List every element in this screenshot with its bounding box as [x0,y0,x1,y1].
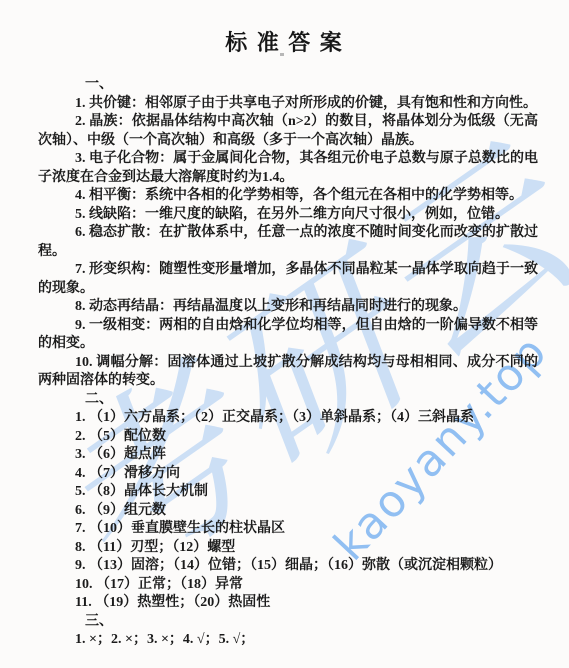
answer-item: 3. 电子化合物：属于金属间化合物，其各组元价电子总数与原子总数比的电子浓度在合… [38,150,538,187]
page-content: 标 准 答 案 一、1. 共价键：相邻原子由于共享电子对所形成的价键，具有饱和性… [0,26,569,650]
answer-item: 5. 线缺陷：一维尺度的缺陷，在另外二维方向尺寸很小，例如，位错。 [38,206,538,225]
page-title: 标 准 答 案 [0,26,569,57]
answer-item: 8. （11）刃型；（12）螺型 [38,539,538,558]
answer-item: 3. （6）超点阵 [38,446,538,465]
answer-item: 6. （9）组元数 [38,502,538,521]
answer-item: 4. 相平衡：系统中各相的化学势相等，各个组元在各相中的化学势相等。 [38,187,538,206]
answer-item: 11. （19）热塑性；（20）热固性 [38,594,538,613]
answer-item: 10. （17）正常；（18）异常 [38,576,538,595]
section-heading: 一、 [38,76,538,95]
section-heading: 二、 [38,391,538,410]
answer-item: 4. （7）滑移方向 [38,465,538,484]
answer-item: 1. 共价键：相邻原子由于共享电子对所形成的价键，具有饱和性和方向性。 [38,95,538,114]
answer-item: 6. 稳态扩散：在扩散体系中，任意一点的浓度不随时间变化而改变的扩散过程。 [38,224,538,261]
section-heading: 三、 [38,613,538,632]
scanned-answer-page: 考研云 kaoyany.top 标 准 答 案 一、1. 共价键：相邻原子由于共… [0,0,569,668]
answer-item: 9. （13）固溶；（14）位错；（15）细晶；（16）弥散（或沉淀相颗粒） [38,557,538,576]
answer-item: 7. 形变织构：随塑性变形量增加，多晶体不同晶粒某一晶体学取向趋于一致的现象。 [38,261,538,298]
answer-item: 2. （5）配位数 [38,428,538,447]
answer-item: 1. ×；2. ×；3. ×；4. √；5. √； [38,631,538,650]
answers-body: 一、1. 共价键：相邻原子由于共享电子对所形成的价键，具有饱和性和方向性。2. … [0,76,569,650]
answer-item: 7. （10）垂直膜壁生长的柱状晶区 [38,520,538,539]
answer-item: 9. 一级相变：两相的自由焓和化学位均相等，但自由焓的一阶偏导数不相等的相变。 [38,317,538,354]
answer-item: 5. （8）晶体长大机制 [38,483,538,502]
answer-item: 2. 晶族：依据晶体结构中高次轴（n>2）的数目，将晶体划分为低级（无高次轴）、… [38,113,538,150]
answer-item: 8. 动态再结晶：再结晶温度以上变形和再结晶同时进行的现象。 [38,298,538,317]
answer-item: 10. 调幅分解：固溶体通过上坡扩散分解成结构均与母相相同、成分不同的两种固溶体… [38,354,538,391]
answer-item: 1. （1）六方晶系；（2）正交晶系；（3）单斜晶系；（4）三斜晶系 [38,409,538,428]
